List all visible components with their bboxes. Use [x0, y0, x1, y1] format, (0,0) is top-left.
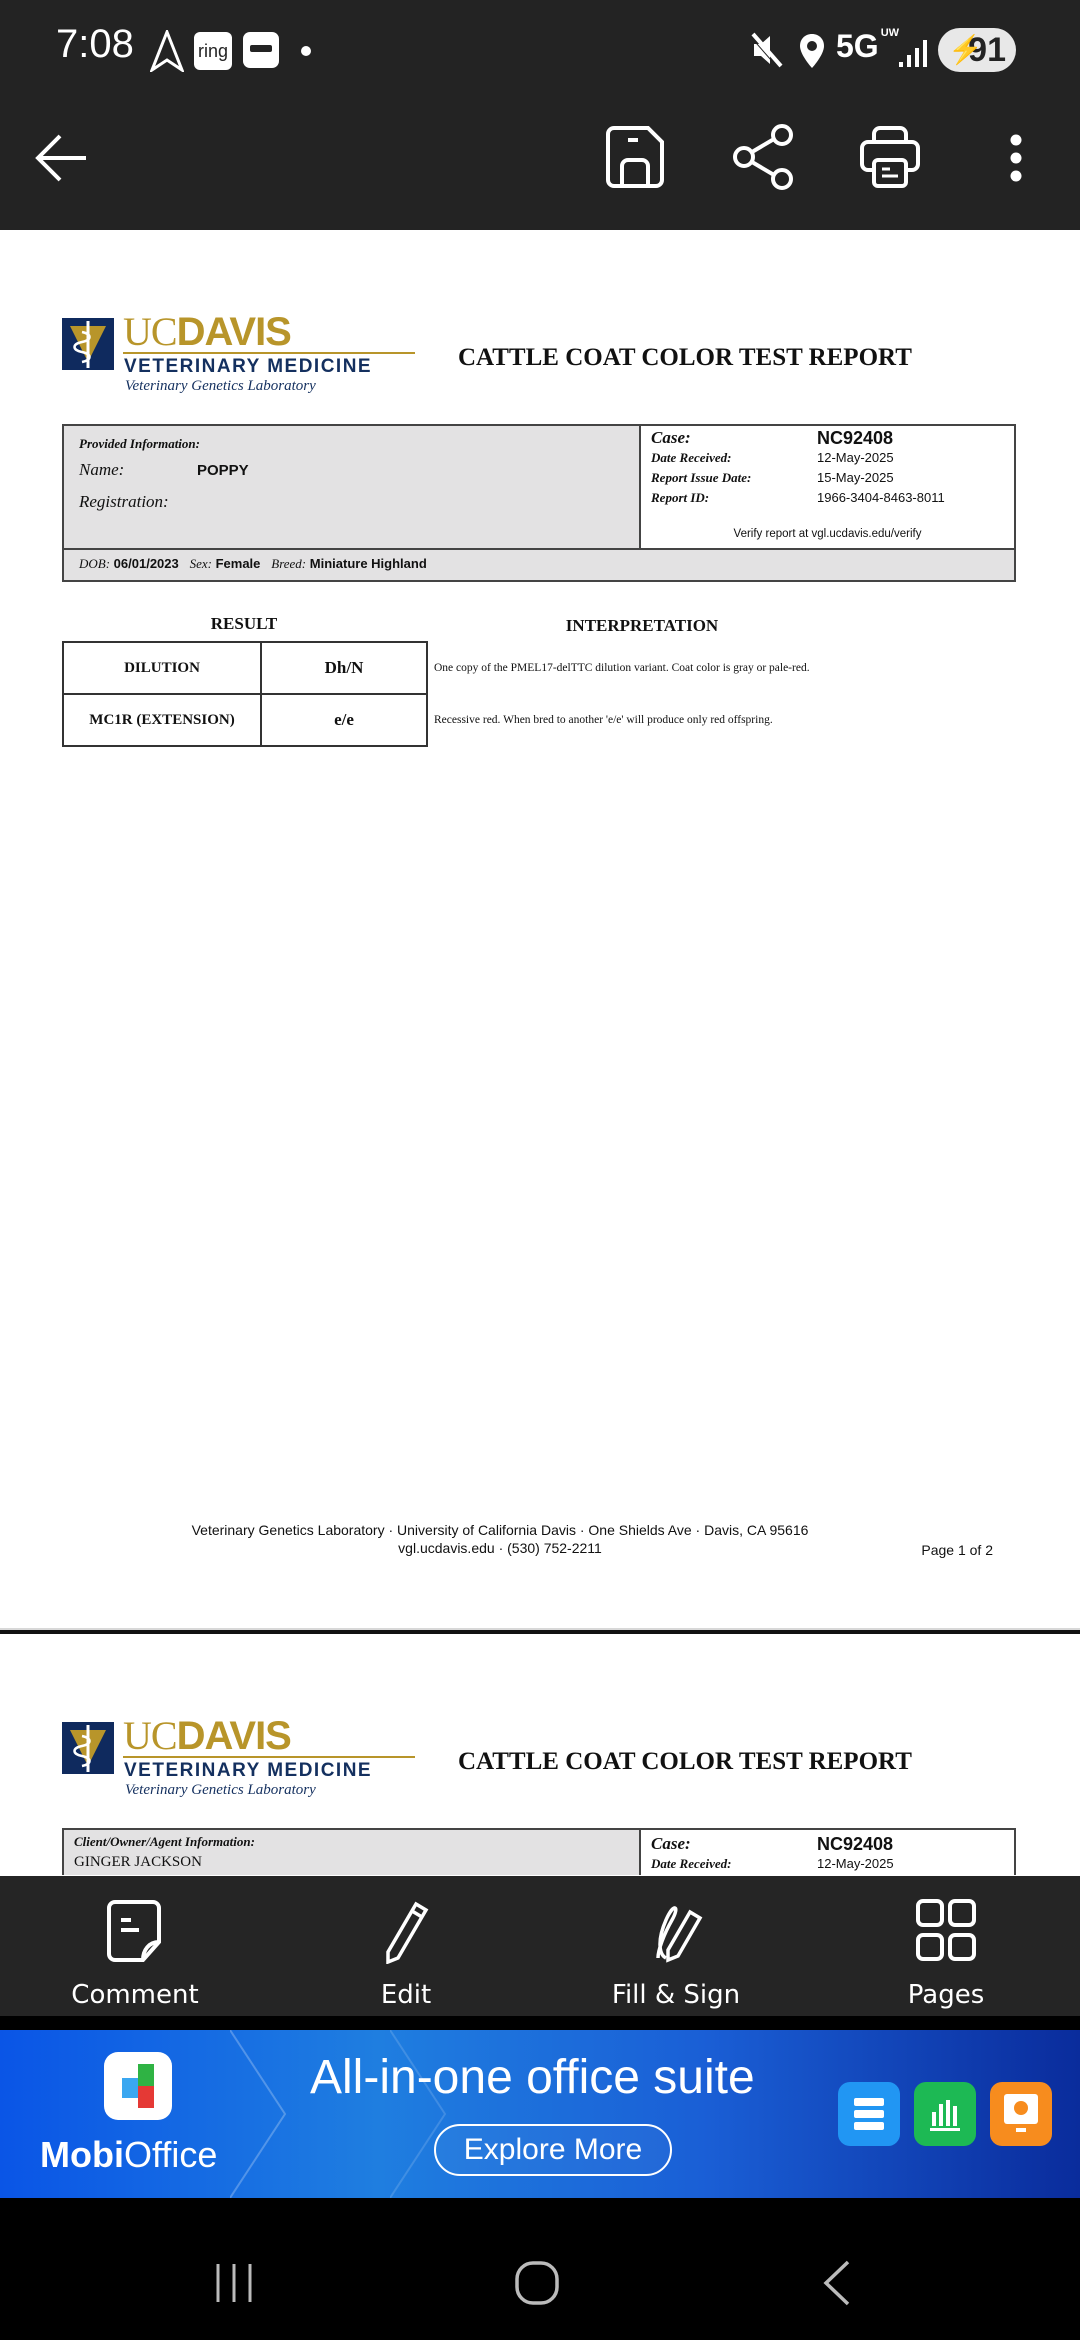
- recents-icon[interactable]: [212, 2262, 256, 2304]
- network-type: 5GUW: [836, 28, 899, 65]
- info-box-page2: Client/Owner/Agent Information: GINGER J…: [62, 1828, 1016, 1875]
- case-info-panel: Case: NC92408 Date Received: 12-May-2025…: [641, 426, 1014, 550]
- provided-info-panel: Provided Information: Name: POPPY Regist…: [64, 426, 641, 550]
- report-title: CATTLE COAT COLOR TEST REPORT: [458, 344, 912, 372]
- back-arrow-icon[interactable]: [34, 130, 90, 186]
- pdf-page-2: UCDAVIS VETERINARY MEDICINE Veterinary G…: [0, 1634, 1080, 1875]
- mute-icon: [750, 30, 784, 70]
- interpretation-mc1r: Recessive red. When bred to another 'e/e…: [434, 714, 773, 726]
- pdf-viewer[interactable]: UCDAVIS VETERINARY MEDICINE Veterinary G…: [0, 230, 1080, 1875]
- save-icon[interactable]: [606, 126, 666, 188]
- fill-sign-button[interactable]: Fill & Sign: [576, 1876, 776, 2016]
- status-time: 7:08: [56, 22, 134, 67]
- status-bar: 7:08 ring 5GUW ⚡91: [0, 0, 1080, 100]
- navigation-arrow-icon: [150, 30, 184, 72]
- share-icon[interactable]: [732, 124, 794, 190]
- comment-icon: [105, 1898, 165, 1964]
- result-row-dilution: DILUTION Dh/N: [63, 642, 427, 694]
- provided-info-heading: Provided Information:: [79, 436, 200, 452]
- date-received-label: Date Received:: [651, 450, 731, 466]
- home-icon[interactable]: [514, 2260, 560, 2306]
- edit-button[interactable]: Edit: [306, 1876, 506, 2016]
- verify-link[interactable]: Verify report at vgl.ucdavis.edu/verify: [641, 528, 1014, 540]
- case-value-page2: NC92408: [817, 1834, 893, 1855]
- registration-label: Registration:: [79, 492, 169, 512]
- client-info-heading: Client/Owner/Agent Information:: [74, 1834, 255, 1850]
- name-value: POPPY: [197, 462, 249, 479]
- print-icon[interactable]: [860, 126, 920, 188]
- caduceus-icon: [62, 318, 114, 370]
- client-name: GINGER JACKSON: [74, 1854, 202, 1871]
- info-box: Provided Information: Name: POPPY Regist…: [62, 424, 1016, 562]
- animal-details-row: DOB: 06/01/2023 Sex: Female Breed: Minia…: [62, 548, 1016, 582]
- report-id-label: Report ID:: [651, 490, 709, 506]
- wallet-icon: [243, 32, 279, 68]
- name-label: Name:: [79, 460, 124, 480]
- footer-contact: vgl.ucdavis.edu · (530) 752-2211: [150, 1540, 850, 1556]
- ring-app-icon: ring: [194, 32, 232, 70]
- date-received-value: 12-May-2025: [817, 450, 894, 465]
- logo-vet-medicine: VETERINARY MEDICINE: [124, 356, 372, 378]
- report-id-value: 1966-3404-8463-8011: [817, 490, 945, 505]
- result-table: DILUTION Dh/N MC1R (EXTENSION) e/e: [62, 641, 428, 747]
- back-icon[interactable]: [822, 2260, 852, 2306]
- notification-dot: [301, 46, 311, 56]
- result-heading: RESULT: [62, 614, 426, 634]
- footer-address: Veterinary Genetics Laboratory · Univers…: [150, 1522, 850, 1538]
- logo-ucdavis: UCDAVIS: [123, 308, 291, 355]
- ad-banner[interactable]: MobiOffice All-in-one office suite Explo…: [0, 2030, 1080, 2198]
- sex-value: Female: [216, 556, 261, 571]
- issue-date-label: Report Issue Date:: [651, 470, 751, 486]
- signal-icon: [898, 34, 932, 68]
- more-vert-icon[interactable]: [1006, 132, 1026, 184]
- logo-divider: [123, 352, 415, 354]
- logo-vgl: Veterinary Genetics Laboratory: [125, 378, 316, 395]
- case-value: NC92408: [817, 428, 893, 449]
- dob-value: 06/01/2023: [114, 556, 179, 571]
- report-title-page2: CATTLE COAT COLOR TEST REPORT: [458, 1748, 912, 1776]
- interpretation-heading: INTERPRETATION: [436, 616, 848, 636]
- pencil-icon: [376, 1898, 436, 1964]
- explore-more-button[interactable]: Explore More: [434, 2124, 672, 2176]
- fill-sign-icon: [646, 1898, 706, 1964]
- caduceus-icon: [62, 1722, 114, 1774]
- interpretation-dilution: One copy of the PMEL17-delTTC dilution v…: [434, 662, 810, 674]
- pages-button[interactable]: Pages: [846, 1876, 1046, 2016]
- system-nav-bar: [0, 2198, 1080, 2340]
- page-number: Page 1 of 2: [900, 1542, 993, 1558]
- battery-indicator: ⚡91: [938, 28, 1016, 72]
- charging-bolt-icon: ⚡: [948, 28, 983, 72]
- pages-grid-icon: [916, 1898, 976, 1964]
- mobioffice-logo-icon: [104, 2052, 172, 2120]
- comment-button[interactable]: Comment: [35, 1876, 235, 2016]
- case-label: Case:: [651, 428, 691, 448]
- result-row-mc1r: MC1R (EXTENSION) e/e: [63, 694, 427, 746]
- slides-app-icon: [990, 2082, 1052, 2146]
- issue-date-value: 15-May-2025: [817, 470, 894, 485]
- ad-brand: MobiOffice: [40, 2134, 217, 2176]
- location-icon: [798, 32, 826, 70]
- bottom-tool-bar: Comment Edit Fill & Sign Pages: [0, 1876, 1080, 2016]
- documents-app-icon: [838, 2082, 900, 2146]
- pdf-page-1: UCDAVIS VETERINARY MEDICINE Veterinary G…: [0, 230, 1080, 1625]
- sheets-app-icon: [914, 2082, 976, 2146]
- breed-value: Miniature Highland: [310, 556, 427, 571]
- ad-headline: All-in-one office suite: [310, 2050, 755, 2105]
